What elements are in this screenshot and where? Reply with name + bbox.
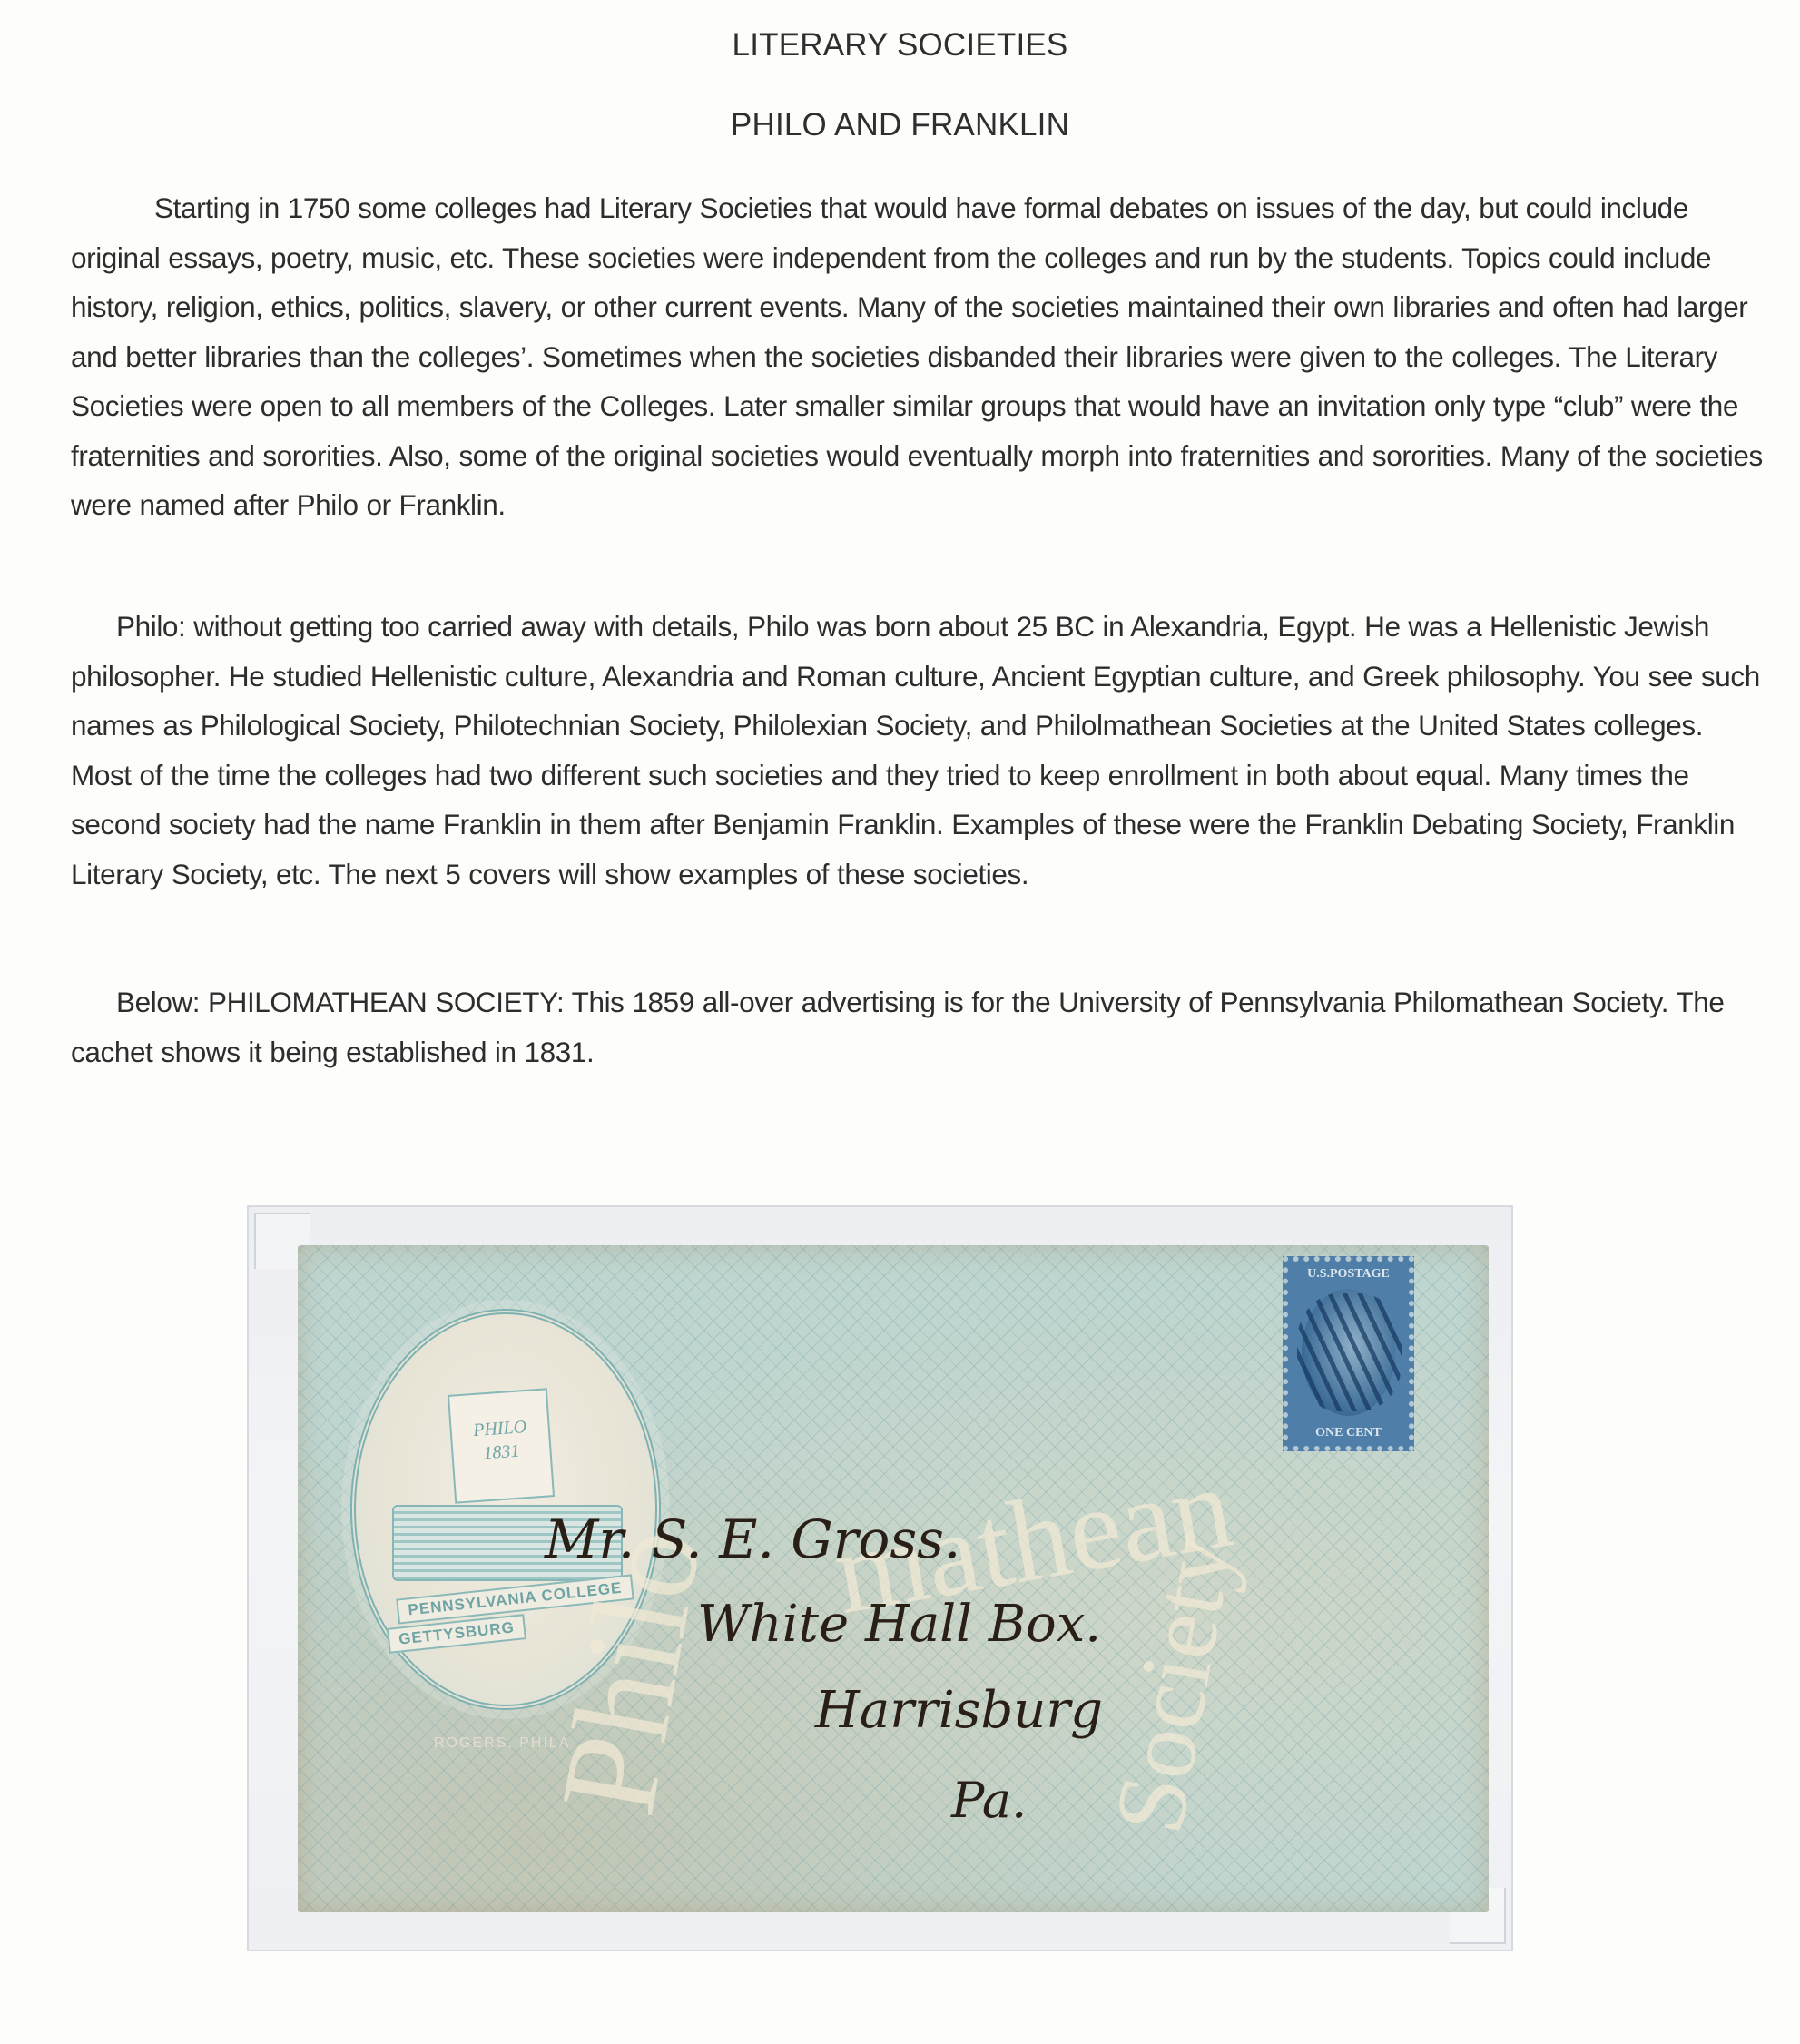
address-line-city: Harrisburg [815,1681,1103,1740]
philomathean-cover-image: PHILO 1831 PENNSYLVANIA COLLEGE GETTYSBU… [298,1245,1489,1912]
address-line-box: White Hall Box. [697,1595,1101,1654]
stamp-top-text: U.S.POSTAGE [1288,1267,1409,1282]
stamp-bottom-text: ONE CENT [1288,1426,1409,1440]
page-subtitle: PHILO AND FRANKLIN [0,107,1800,143]
address-line-state: Pa. [951,1772,1027,1829]
page-title: LITERARY SOCIETIES [0,27,1800,64]
address-line-name: Mr. S. E. Gross. [545,1508,960,1570]
cover-description-paragraph: Below: PHILOMATHEAN SOCIETY: This 1859 a… [71,978,1768,1076]
postage-stamp: U.S.POSTAGE ONE CENT [1283,1256,1414,1451]
philo-paragraph: Philo: without getting too carried away … [71,602,1768,899]
intro-paragraph: Starting in 1750 some colleges had Liter… [71,183,1768,530]
grid-cancel-mark [1297,1293,1402,1411]
cachet-scroll: PHILO 1831 [448,1388,555,1503]
